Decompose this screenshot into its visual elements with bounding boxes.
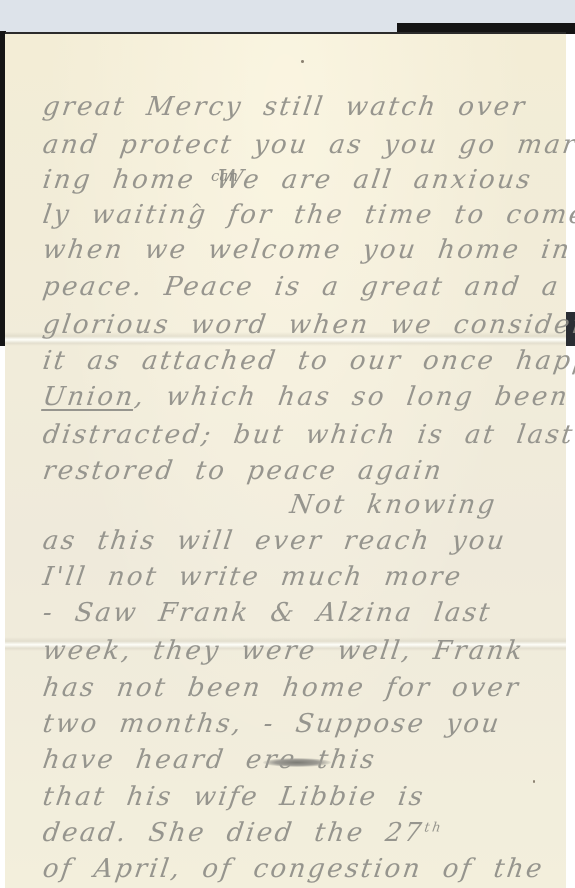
text-line: Not knowing (288, 490, 499, 520)
text-line: when we welcome you home in (41, 235, 574, 265)
text-line: that his wife Libbie is (41, 782, 427, 812)
text-line: ly waiting for the time to come (41, 200, 575, 230)
text-line: of April, of congestion of the (41, 854, 546, 884)
underlined-word: Union (41, 382, 137, 412)
text-line: distracted; but which is at last (41, 420, 575, 450)
text-line: has not been home for over (41, 673, 522, 703)
letter-page: great Mercy still watch over and protect… (5, 32, 566, 888)
insertion-caret-icon: ^ (191, 202, 203, 218)
text-line: dead. She died the 27th (41, 818, 444, 848)
text-line: restored to peace again (41, 456, 446, 486)
text-line: I'll not write much more (41, 562, 465, 592)
text-line: two months, - Suppose you (41, 709, 503, 739)
text-line: peace. Peace is a great and a (41, 272, 562, 302)
handwritten-text: great Mercy still watch over and protect… (5, 32, 566, 888)
text-line: and protect you as you go march (41, 130, 575, 160)
text-line: - Saw Frank & Alzina last (41, 598, 494, 628)
scribbled-out-word (263, 758, 331, 767)
text-line-main: dead. She died the 27 (41, 818, 426, 848)
text-line: great Mercy still watch over (41, 92, 529, 122)
superscript: th (423, 820, 444, 835)
text-line: week, they were well, Frank (41, 636, 527, 666)
text-line-rest: , which has so long been (133, 382, 572, 412)
inserted-word: can (211, 167, 238, 185)
text-line: glorious word when we consider (41, 310, 575, 340)
text-line: ing home We are all anxious (41, 165, 535, 195)
text-line: Union, which has so long been (41, 382, 571, 412)
text-line: it as attached to our once happy (41, 346, 575, 376)
text-line: as this will ever reach you (41, 526, 509, 556)
